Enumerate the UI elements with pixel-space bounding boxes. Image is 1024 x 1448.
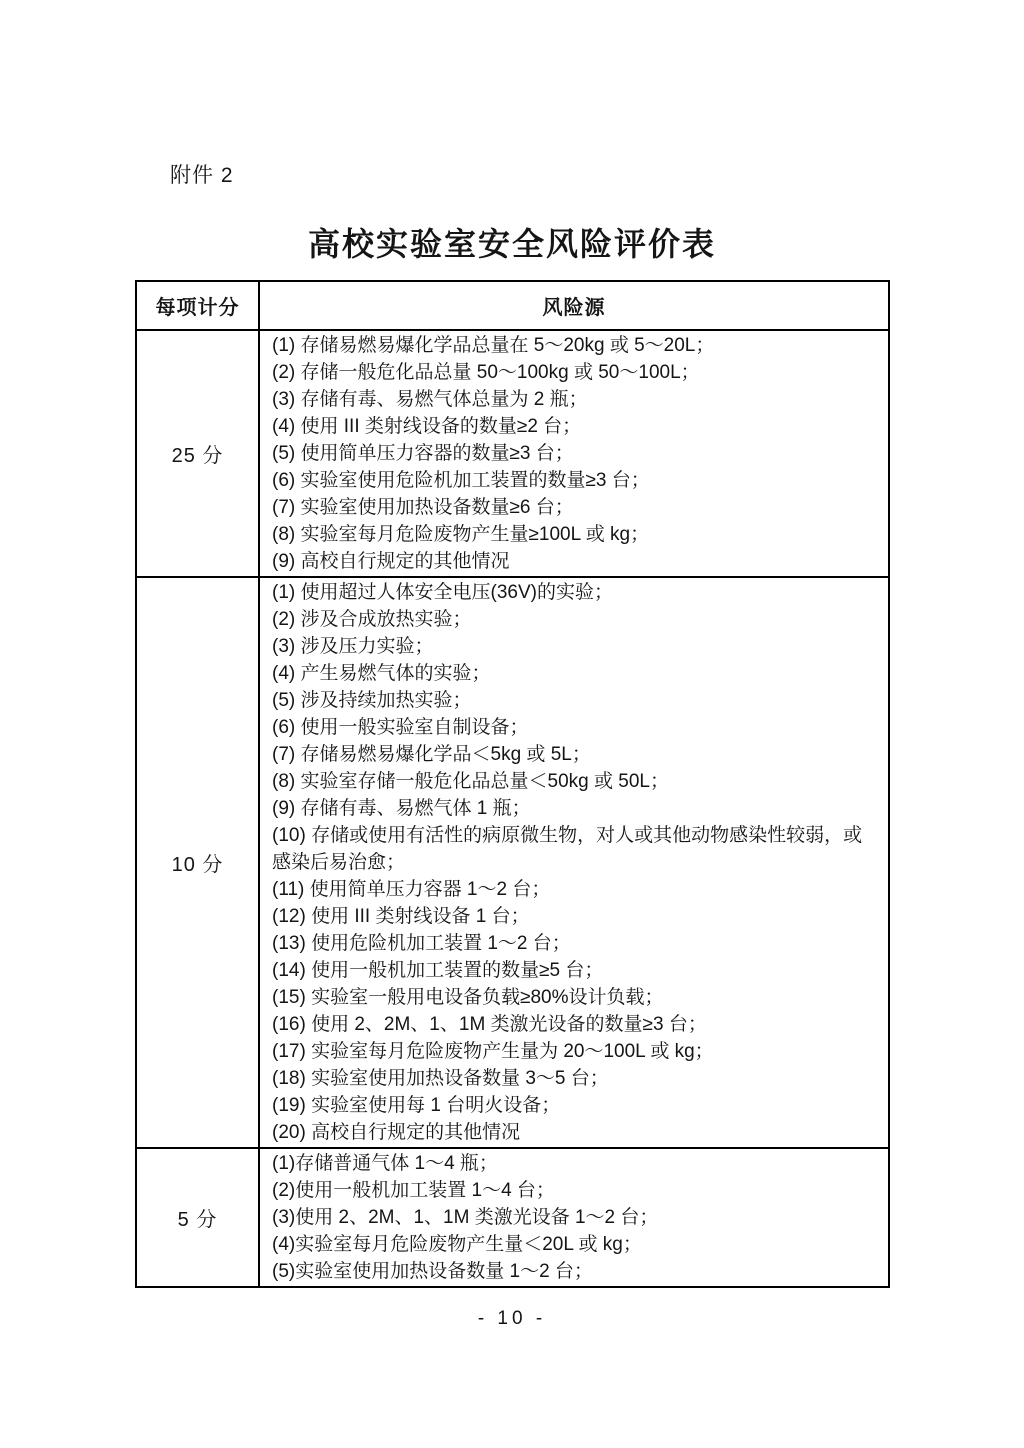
- risk-item: (3)使用 2、2M、1、1M 类激光设备 1～2 台；: [272, 1204, 880, 1231]
- risk-item: (13) 使用危险机加工装置 1～2 台；: [272, 930, 880, 957]
- table-row-10-points: 10 分 (1) 使用超过人体安全电压(36V)的实验；(2) 涉及合成放热实验…: [136, 577, 889, 1148]
- risk-item: (1) 存储易燃易爆化学品总量在 5～20kg 或 5～20L；: [272, 332, 880, 359]
- score-cell-10: 10 分: [136, 577, 259, 1148]
- page-number: - 10 -: [0, 1308, 1024, 1330]
- risk-items-5: (1)存储普通气体 1～4 瓶；(2)使用一般机加工装置 1～4 台；(3)使用…: [259, 1148, 889, 1287]
- risk-evaluation-table: 每项计分 风险源 25 分 (1) 存储易燃易爆化学品总量在 5～20kg 或 …: [135, 280, 890, 1288]
- table-row-25-points: 25 分 (1) 存储易燃易爆化学品总量在 5～20kg 或 5～20L；(2)…: [136, 330, 889, 577]
- table-header-row: 每项计分 风险源: [136, 281, 889, 330]
- risk-item: (9) 高校自行规定的其他情况: [272, 548, 880, 575]
- risk-item: (6) 使用一般实验室自制设备；: [272, 714, 880, 741]
- risk-item: (5) 使用简单压力容器的数量≥3 台；: [272, 440, 880, 467]
- risk-item: (2)使用一般机加工装置 1～4 台；: [272, 1177, 880, 1204]
- attachment-label: 附件 2: [170, 159, 234, 189]
- risk-item: (7) 实验室使用加热设备数量≥6 台；: [272, 494, 880, 521]
- col-header-risk-source: 风险源: [259, 281, 889, 330]
- risk-item: (8) 实验室存储一般危化品总量＜50kg 或 50L；: [272, 768, 880, 795]
- risk-items-25: (1) 存储易燃易爆化学品总量在 5～20kg 或 5～20L；(2) 存储一般…: [259, 330, 889, 577]
- risk-item: (4)实验室每月危险废物产生量＜20L 或 kg；: [272, 1231, 880, 1258]
- risk-item: (17) 实验室每月危险废物产生量为 20～100L 或 kg；: [272, 1038, 880, 1065]
- risk-item: (12) 使用 III 类射线设备 1 台；: [272, 903, 880, 930]
- risk-item: (11) 使用简单压力容器 1～2 台；: [272, 876, 880, 903]
- table-row-5-points: 5 分 (1)存储普通气体 1～4 瓶；(2)使用一般机加工装置 1～4 台；(…: [136, 1148, 889, 1287]
- score-cell-25: 25 分: [136, 330, 259, 577]
- risk-item: (19) 实验室使用每 1 台明火设备；: [272, 1092, 880, 1119]
- risk-item: (2) 涉及合成放热实验；: [272, 606, 880, 633]
- risk-item: (20) 高校自行规定的其他情况: [272, 1119, 880, 1146]
- risk-item: (10) 存储或使用有活性的病原微生物，对人或其他动物感染性较弱，或感染后易治愈…: [272, 822, 880, 876]
- risk-item: (1) 使用超过人体安全电压(36V)的实验；: [272, 579, 880, 606]
- document-page: 附件 2 高校实验室安全风险评价表 每项计分 风险源 25 分 (1) 存储易燃…: [0, 0, 1024, 1448]
- risk-item: (7) 存储易燃易爆化学品＜5kg 或 5L；: [272, 741, 880, 768]
- risk-item: (1)存储普通气体 1～4 瓶；: [272, 1150, 880, 1177]
- risk-item: (18) 实验室使用加热设备数量 3～5 台；: [272, 1065, 880, 1092]
- risk-item: (5) 涉及持续加热实验；: [272, 687, 880, 714]
- risk-item: (9) 存储有毒、易燃气体 1 瓶；: [272, 795, 880, 822]
- col-header-score: 每项计分: [136, 281, 259, 330]
- risk-item: (3) 涉及压力实验；: [272, 633, 880, 660]
- risk-items-10: (1) 使用超过人体安全电压(36V)的实验；(2) 涉及合成放热实验；(3) …: [259, 577, 889, 1148]
- score-cell-5: 5 分: [136, 1148, 259, 1287]
- risk-item: (4) 产生易燃气体的实验；: [272, 660, 880, 687]
- risk-item: (14) 使用一般机加工装置的数量≥5 台；: [272, 957, 880, 984]
- risk-item: (2) 存储一般危化品总量 50～100kg 或 50～100L；: [272, 359, 880, 386]
- risk-item: (4) 使用 III 类射线设备的数量≥2 台；: [272, 413, 880, 440]
- risk-item: (3) 存储有毒、易燃气体总量为 2 瓶；: [272, 386, 880, 413]
- page-title: 高校实验室安全风险评价表: [0, 219, 1024, 265]
- risk-item: (8) 实验室每月危险废物产生量≥100L 或 kg；: [272, 521, 880, 548]
- risk-item: (5)实验室使用加热设备数量 1～2 台；: [272, 1258, 880, 1285]
- risk-item: (15) 实验室一般用电设备负载≥80%设计负载；: [272, 984, 880, 1011]
- risk-item: (16) 使用 2、2M、1、1M 类激光设备的数量≥3 台；: [272, 1011, 880, 1038]
- risk-item: (6) 实验室使用危险机加工装置的数量≥3 台；: [272, 467, 880, 494]
